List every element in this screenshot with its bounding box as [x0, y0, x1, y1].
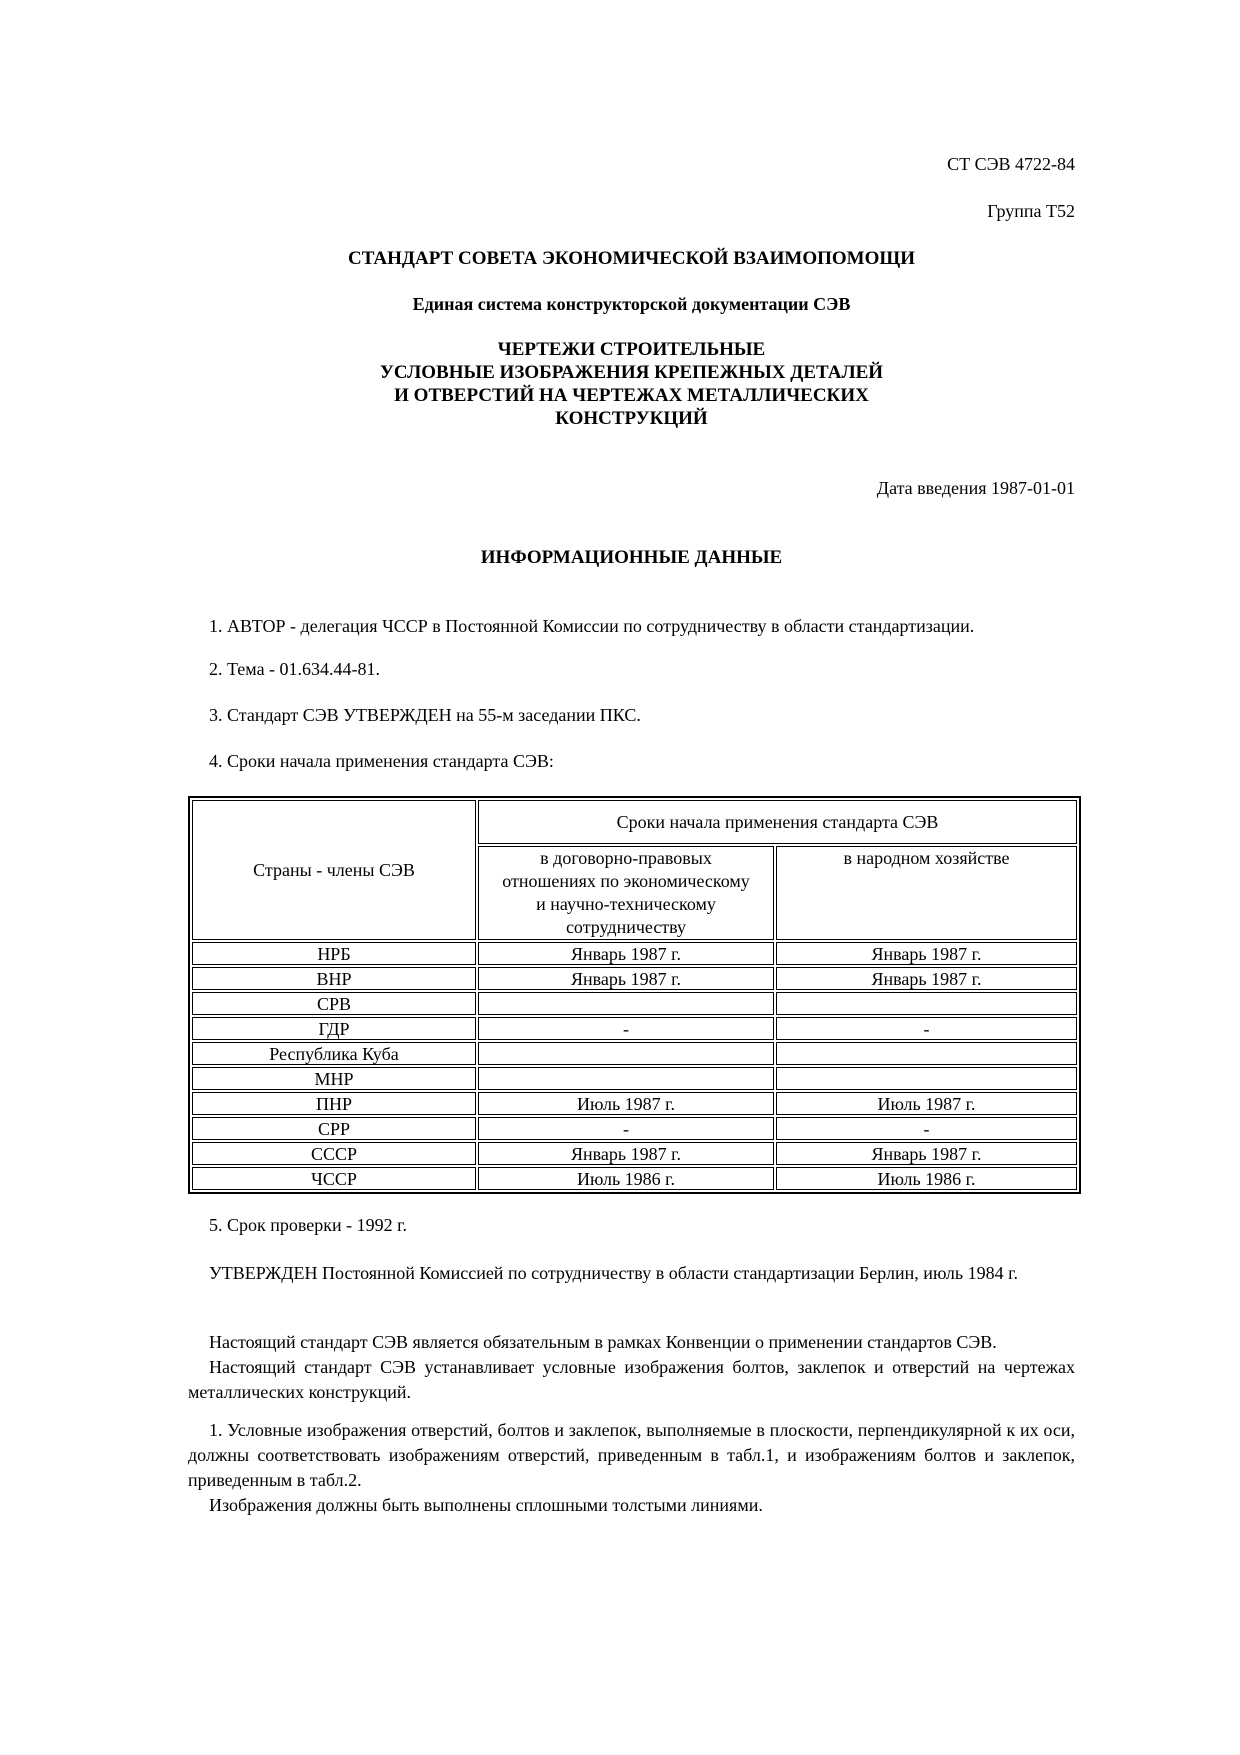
legal-term-cell [478, 992, 774, 1015]
country-cell: ЧССР [192, 1167, 476, 1190]
span-header-cell: Сроки начала применения стандарта СЭВ [478, 800, 1077, 844]
country-cell: СРВ [192, 992, 476, 1015]
table-header-row-1: Страны - члены СЭВ Сроки начала применен… [192, 800, 1077, 844]
paragraph-solid-lines: Изображения должны быть выполнены сплошн… [188, 1493, 1075, 1518]
table-row: СРВ [192, 992, 1077, 1015]
table-row: МНР [192, 1067, 1077, 1090]
economy-term-cell: - [776, 1017, 1077, 1040]
paragraph-item1: 1. Условные изображения отверстий, болто… [188, 1418, 1075, 1493]
introduction-date: Дата введения 1987-01-01 [188, 476, 1075, 501]
terms-table: Страны - члены СЭВ Сроки начала применен… [188, 796, 1081, 1194]
legal-term-cell: Июль 1986 г. [478, 1167, 774, 1190]
legal-term-cell: Июль 1987 г. [478, 1092, 774, 1115]
economy-term-cell [776, 1067, 1077, 1090]
legal-term-cell: Январь 1987 г. [478, 1142, 774, 1165]
country-cell: ВНР [192, 967, 476, 990]
doc-group: Группа Т52 [188, 199, 1075, 224]
country-cell: СССР [192, 1142, 476, 1165]
economy-subheader-cell: в народном хозяйстве [776, 846, 1077, 940]
economy-term-cell: Январь 1987 г. [776, 942, 1077, 965]
section-heading: ИНФОРМАЦИОННЫЕ ДАННЫЕ [188, 545, 1075, 570]
country-cell: ПНР [192, 1092, 476, 1115]
economy-term-cell: Январь 1987 г. [776, 1142, 1077, 1165]
legal-term-cell: - [478, 1117, 774, 1140]
country-cell: СРР [192, 1117, 476, 1140]
info-item-author: 1. АВТОР - делегация ЧССР в Постоянной К… [188, 614, 1075, 639]
legal-term-cell: Январь 1987 г. [478, 967, 774, 990]
table-row: Республика Куба [192, 1042, 1077, 1065]
table-row: ГДР-- [192, 1017, 1077, 1040]
document-page: СТ СЭВ 4722-84 Группа Т52 СТАНДАРТ СОВЕТ… [0, 0, 1240, 1755]
economy-term-cell [776, 992, 1077, 1015]
countries-header-cell: Страны - члены СЭВ [192, 800, 476, 940]
table-row: ПНРИюль 1987 г.Июль 1987 г. [192, 1092, 1077, 1115]
title-line-2: УСЛОВНЫЕ ИЗОБРАЖЕНИЯ КРЕПЕЖНЫХ ДЕТАЛЕЙ [188, 361, 1075, 384]
info-item-approved-session: 3. Стандарт СЭВ УТВЕРЖДЕН на 55-м заседа… [188, 703, 1075, 728]
table-row: СССРЯнварь 1987 г.Январь 1987 г. [192, 1142, 1077, 1165]
economy-term-cell: - [776, 1117, 1077, 1140]
legal-term-cell: - [478, 1017, 774, 1040]
info-item-terms-intro: 4. Сроки начала применения стандарта СЭВ… [188, 749, 1075, 774]
paragraph-establishes: Настоящий стандарт СЭВ устанавливает усл… [188, 1355, 1075, 1405]
legal-subheader-cell: в договорно-правовых отношениях по эконо… [478, 846, 774, 940]
legal-term-cell [478, 1067, 774, 1090]
country-cell: НРБ [192, 942, 476, 965]
economy-term-cell: Январь 1987 г. [776, 967, 1077, 990]
paragraph-check-term: 5. Срок проверки - 1992 г. [188, 1213, 1075, 1238]
countries-body: НРБЯнварь 1987 г.Январь 1987 г.ВНРЯнварь… [192, 942, 1077, 1190]
title-line-3: И ОТВЕРСТИЙ НА ЧЕРТЕЖАХ МЕТАЛЛИЧЕСКИХ [188, 384, 1075, 407]
doc-number: СТ СЭВ 4722-84 [188, 152, 1075, 177]
table-row: СРР-- [192, 1117, 1077, 1140]
legal-term-cell [478, 1042, 774, 1065]
legal-term-cell: Январь 1987 г. [478, 942, 774, 965]
economy-term-cell: Июль 1986 г. [776, 1167, 1077, 1190]
system-subtitle: Единая система конструкторской документа… [188, 292, 1075, 317]
info-item-theme: 2. Тема - 01.634.44-81. [188, 657, 1075, 682]
title-line-1: ЧЕРТЕЖИ СТРОИТЕЛЬНЫЕ [188, 338, 1075, 361]
country-cell: Республика Куба [192, 1042, 476, 1065]
org-title: СТАНДАРТ СОВЕТА ЭКОНОМИЧЕСКОЙ ВЗАИМОПОМО… [188, 246, 1075, 271]
title-line-4: КОНСТРУКЦИЙ [188, 407, 1075, 430]
economy-term-cell [776, 1042, 1077, 1065]
country-cell: МНР [192, 1067, 476, 1090]
table-row: ЧССРИюль 1986 г.Июль 1986 г. [192, 1167, 1077, 1190]
country-cell: ГДР [192, 1017, 476, 1040]
paragraph-approved-by: УТВЕРЖДЕН Постоянной Комиссией по сотруд… [188, 1261, 1075, 1286]
economy-term-cell: Июль 1987 г. [776, 1092, 1077, 1115]
table-row: НРБЯнварь 1987 г.Январь 1987 г. [192, 942, 1077, 965]
document-title: ЧЕРТЕЖИ СТРОИТЕЛЬНЫЕ УСЛОВНЫЕ ИЗОБРАЖЕНИ… [188, 338, 1075, 430]
paragraph-binding: Настоящий стандарт СЭВ является обязател… [188, 1330, 1075, 1355]
table-row: ВНРЯнварь 1987 г.Январь 1987 г. [192, 967, 1077, 990]
